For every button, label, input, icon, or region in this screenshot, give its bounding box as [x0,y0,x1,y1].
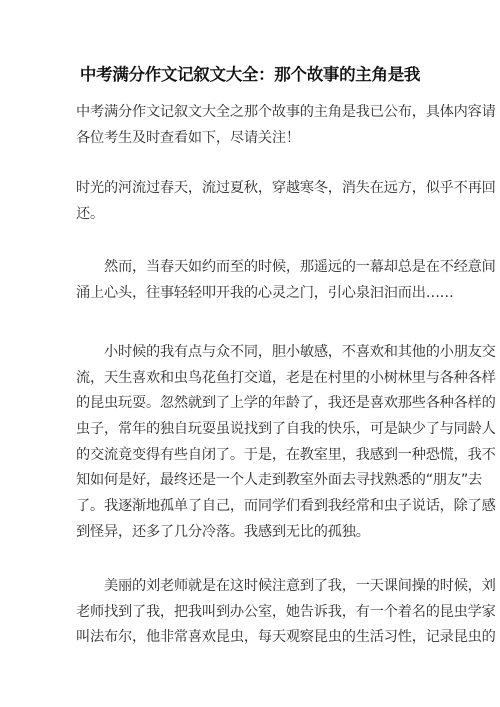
text-line: 叫法布尔，他非常喜欢昆虫，每天观察昆虫的生活习性，记录昆虫的 [76,625,428,651]
article-title: 中考满分作文记叙文大全：那个故事的主角是我 [0,63,500,87]
text-line: 还。 [76,202,428,228]
text-line: 各位考生及时查看如下，尽请关注！ [76,126,428,152]
text-line: 时光的河流过春天，流过夏秋，穿越寒冬，消失在远方，似乎不再回 [76,176,428,202]
text-line: 然而，当春天如约而至的时候，那遥远的一幕却总是在不经意间 [76,255,428,281]
text-line: 老师找到了我，把我叫到办公室，她告诉我，有一个着名的昆虫学家 [76,600,428,626]
text-line: 美丽的刘老师就是在这时候注意到了我，一天课间操的时候，刘 [76,574,428,600]
text-line: 小时候的我有点与众不同，胆小敏感，不喜欢和其他的小朋友交 [76,340,428,366]
paragraph-river-of-time: 时光的河流过春天，流过夏秋，穿越寒冬，消失在远方，似乎不再回 还。 [76,176,428,227]
paragraph-intro: 中考满分作文记叙文大全之那个故事的主角是我已公布，具体内容请 各位考生及时查看如… [76,100,428,151]
paragraph-childhood: 小时候的我有点与众不同，胆小敏感，不喜欢和其他的小朋友交 流，天生喜欢和虫鸟花鱼… [76,340,428,546]
paragraph-memory: 然而，当春天如约而至的时候，那遥远的一幕却总是在不经意间 涌上心头，往事轻轻叩开… [76,255,428,306]
document-page: 中考满分作文记叙文大全：那个故事的主角是我 中考满分作文记叙文大全之那个故事的主… [0,0,500,707]
text-line: 了。我逐渐地孤单了自己，而同学们看到我经常和虫子说话，除了感 [76,494,428,520]
paragraph-teacher: 美丽的刘老师就是在这时候注意到了我，一天课间操的时候，刘 老师找到了我，把我叫到… [76,574,428,651]
text-line: 的交流竟变得有些自闭了。于是，在教室里，我感到一种恐慌，我不 [76,443,428,469]
text-line: 虫子，常年的独自玩耍虽说找到了自我的快乐，可是缺少了与同龄人 [76,417,428,443]
text-line: 流，天生喜欢和虫鸟花鱼打交道，老是在村里的小树林里与各种各样 [76,366,428,392]
text-line: 中考满分作文记叙文大全之那个故事的主角是我已公布，具体内容请 [76,100,428,126]
text-line: 到怪异，还多了几分冷落。我感到无比的孤独。 [76,520,428,546]
text-line: 涌上心头，往事轻轻叩开我的心灵之门，引心泉汩汩而出…… [76,281,428,307]
text-line: 知如何是好，最终还是一个人走到教室外面去寻找熟悉的“朋友”去 [76,468,428,494]
text-line: 的昆虫玩耍。忽然就到了上学的年龄了，我还是喜欢那些各种各样的 [76,391,428,417]
